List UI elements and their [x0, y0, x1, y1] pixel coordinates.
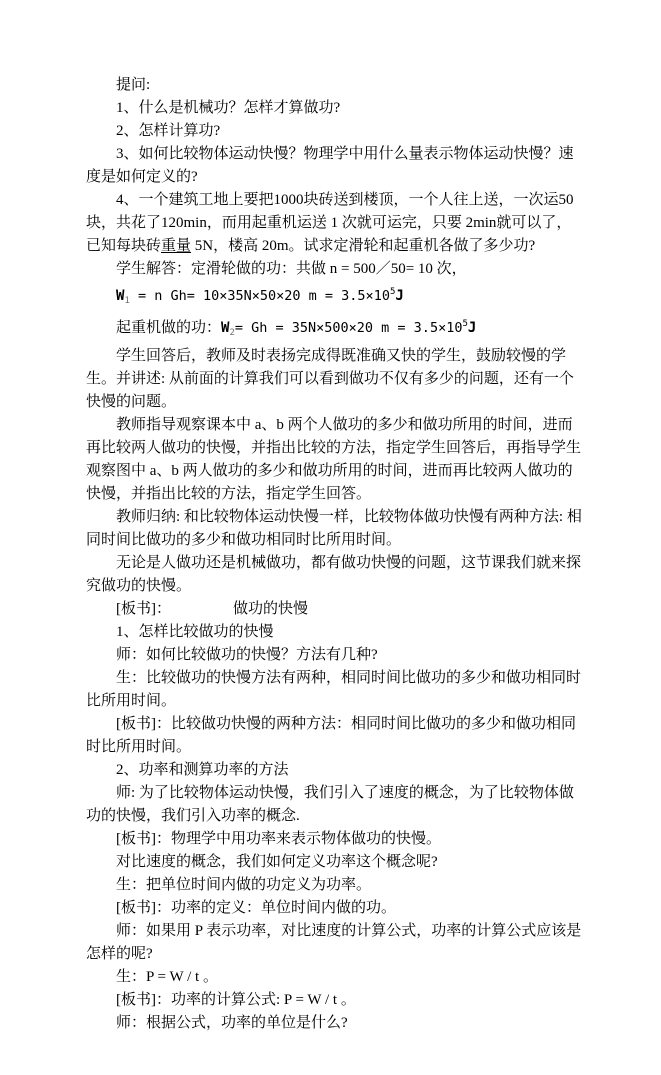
para-text: 学生解答：定滑轮做的功：共做 n = 500／50= 10 次， [116, 261, 467, 277]
para-student-a2: 生：把单位时间内做的功定义为功率。 [86, 874, 585, 897]
para-prompt: 提问: [86, 74, 585, 97]
para-teacher-q3: 师：如果用 P 表示功率，对比速度的计算公式，功率的计算公式应该是怎样的呢? [86, 920, 585, 966]
para-teacher-q2: 对比速度的概念，我们如何定义功率这个概念呢? [86, 851, 585, 874]
para-teacher-guide: 教师指导观察课本中 a、b 两个人做功的多少和做功所用的时间，进而再比较两人做功… [86, 414, 585, 506]
para-board-title: [板书]：做功的快慢 [86, 598, 585, 621]
para-text: 1、什么是机械功？怎样才算做功? [116, 100, 340, 116]
para-text: [板书]：功率的计算公式: P = W / t 。 [116, 992, 356, 1008]
para-student-a1: 生：比较做功的快慢方法有两种，相同时间比做功的多少和做功相同时比所用时间。 [86, 667, 585, 713]
underlined-term: 重量 [161, 238, 191, 254]
para-text: [板书]：比较做功快慢的两种方法：相同时间比做功的多少和做功相同时比所用时间。 [86, 716, 576, 755]
para-question-3: 3、如何比较物体运动快慢？物理学中用什么量表示物体运动快慢？速度是如何定义的? [86, 143, 585, 189]
para-formula-w2: 起重机做的功：W2= Gh = 35N×500×20 m = 3.5×105J [86, 313, 585, 345]
formula-body: = n Gh= 10×35N×50×20 m = 3.5×10 [130, 288, 390, 304]
para-text: 对比速度的概念，我们如何定义功率这个概念呢? [116, 854, 438, 870]
para-text: 教师归纳: 和比较物体运动快慢一样，比较物体做功快慢有两种方法: 相同时间比做功… [86, 509, 582, 548]
para-teacher-power-intro: 师: 为了比较物体运动快慢，我们引入了速度的概念，为了比较物体做功的快慢，我们引… [86, 782, 585, 828]
board-label: [板书]： [116, 601, 171, 617]
para-text: 师: 为了比较物体运动快慢，我们引入了速度的概念，为了比较物体做功的快慢，我们引… [86, 785, 574, 824]
para-board-power: [板书]：物理学中用功率来表示物体做功的快慢。 [86, 828, 585, 851]
para-text: 2、功率和测算功率的方法 [116, 762, 289, 778]
para-question-2: 2、怎样计算功? [86, 120, 585, 143]
para-section-2: 2、功率和测算功率的方法 [86, 759, 585, 782]
para-question-1: 1、什么是机械功？怎样才算做功? [86, 97, 585, 120]
para-text: 无论是人做功还是机械做功，都有做功快慢的问题，这节课我们就来探究做功的快慢。 [86, 555, 581, 594]
para-text: 提问: [116, 77, 150, 93]
para-board-formula: [板书]：功率的计算公式: P = W / t 。 [86, 989, 585, 1012]
para-text: 生：把单位时间内做的功定义为功率。 [116, 877, 371, 893]
para-teacher-feedback: 学生回答后，教师及时表扬完成得既准确又快的学生，鼓励较慢的学生。并讲述: 从前面… [86, 345, 585, 414]
document-page: 提问: 1、什么是机械功？怎样才算做功? 2、怎样计算功? 3、如何比较物体运动… [0, 0, 661, 1075]
para-text: 学生回答后，教师及时表扬完成得既准确又快的学生，鼓励较慢的学生。并讲述: 从前面… [86, 348, 574, 410]
para-student-a3: 生：P = W / t 。 [86, 966, 585, 989]
para-text: 师：如果用 P 表示功率，对比速度的计算公式，功率的计算公式应该是怎样的呢? [86, 923, 581, 962]
formula-label: 起重机做的功： [116, 320, 221, 336]
para-teacher-q4: 师：根据公式，功率的单位是什么? [86, 1012, 585, 1035]
para-teacher-q1: 师：如何比较做功的快慢？方法有几种? [86, 644, 585, 667]
board-title-text: 做功的快慢 [233, 601, 308, 617]
para-text: 生：比较做功的快慢方法有两种，相同时间比做功的多少和做功相同时比所用时间。 [86, 670, 581, 709]
para-text: [板书]：功率的定义：单位时间内做的功。 [116, 900, 396, 916]
formula-unit: J [395, 288, 403, 304]
para-text: 师：根据公式，功率的单位是什么? [116, 1015, 348, 1031]
para-lesson-transition: 无论是人做功还是机械做功，都有做功快慢的问题，这节课我们就来探究做功的快慢。 [86, 552, 585, 598]
para-text: 2、怎样计算功? [116, 123, 220, 139]
para-student-solution: 学生解答：定滑轮做的功：共做 n = 500／50= 10 次， [86, 258, 585, 281]
para-section-1: 1、怎样比较做功的快慢 [86, 621, 585, 644]
para-text: 1、怎样比较做功的快慢 [116, 624, 274, 640]
para-text: 3、如何比较物体运动快慢？物理学中用什么量表示物体运动快慢？速度是如何定义的? [86, 146, 574, 185]
para-text: 教师指导观察课本中 a、b 两个人做功的多少和做功所用的时间，进而再比较两人做功… [86, 417, 581, 502]
para-teacher-summary: 教师归纳: 和比较物体运动快慢一样，比较物体做功快慢有两种方法: 相同时间比做功… [86, 506, 585, 552]
formula-body: = Gh = 35N×500×20 m = 3.5×10 [235, 320, 463, 336]
formula-unit: J [468, 320, 476, 336]
para-text: 5N，楼高 20m。试求定滑轮和起重机各做了多少功? [191, 238, 535, 254]
para-board-power-def: [板书]：功率的定义：单位时间内做的功。 [86, 897, 585, 920]
para-formula-w1: W1 = n Gh= 10×35N×50×20 m = 3.5×105J [86, 281, 585, 313]
para-board-methods: [板书]：比较做功快慢的两种方法：相同时间比做功的多少和做功相同时比所用时间。 [86, 713, 585, 759]
para-text: 生：P = W / t 。 [116, 969, 218, 985]
para-text: [板书]：物理学中用功率来表示物体做功的快慢。 [116, 831, 441, 847]
para-text: 师：如何比较做功的快慢？方法有几种? [116, 647, 378, 663]
para-problem-4: 4、一个建筑工地上要把1000块砖送到楼顶，一个人往上送，一次运50块，共花了1… [86, 189, 585, 258]
